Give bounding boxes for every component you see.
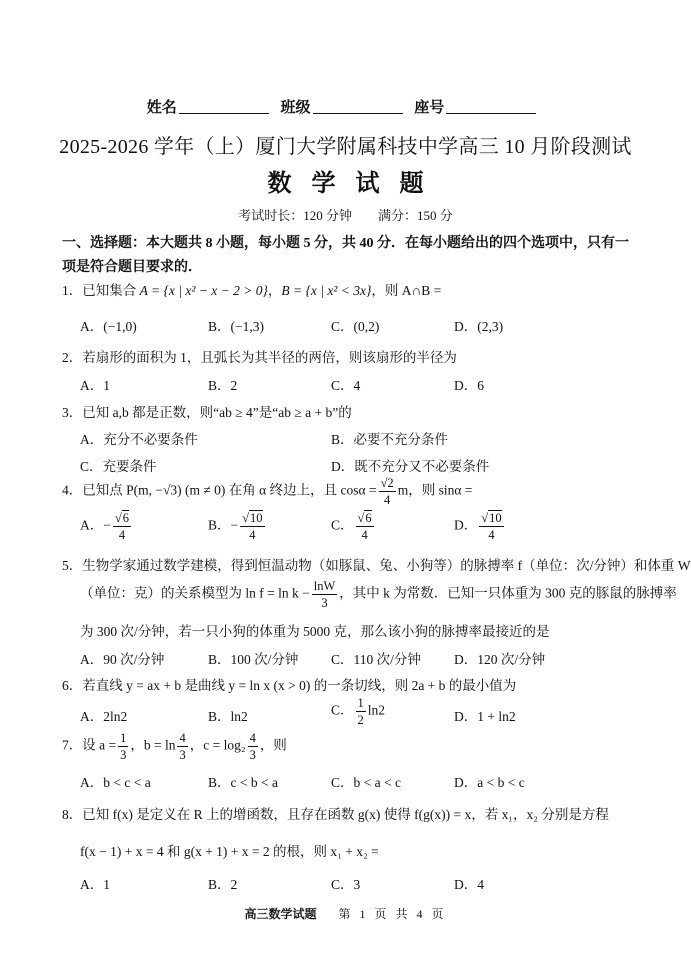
stem-text: （单位：克）的关系模型为 ln f = ln k − xyxy=(80,586,310,601)
question-1-option-d: D．(2,3) xyxy=(454,315,503,335)
stem-text: ，则 xyxy=(260,738,287,753)
question-8-option-c: C．3 xyxy=(331,873,360,893)
question-number: 4． xyxy=(62,483,82,498)
numerator: 1 xyxy=(356,697,366,712)
stem-text: ，则 A∩B = xyxy=(371,283,441,298)
student-info-line: 姓名 班级 座号 xyxy=(0,96,691,117)
name-blank xyxy=(179,99,269,114)
option-text: 1 + ln2 xyxy=(477,709,515,724)
stem-text: ，c = log₂ xyxy=(190,738,246,753)
question-5-option-d: D．120 次/分钟 xyxy=(454,648,545,668)
denominator: 4 xyxy=(379,492,396,507)
question-4-option-c: C．√64 xyxy=(331,512,376,541)
numerator: √10 xyxy=(240,512,264,527)
question-1-option-a: A．(−1,0) xyxy=(80,315,137,335)
fraction: √64 xyxy=(356,512,374,541)
question-5-stem-line2: （单位：克）的关系模型为 ln f = ln k −lnW3，其中 k 为常数．… xyxy=(80,580,677,609)
question-1-option-c: C．(0,2) xyxy=(331,315,379,335)
stem-text: 若扇形的面积为 1，且弧长为其半径的两倍，则该扇形的半径为 xyxy=(82,350,457,365)
denominator: 4 xyxy=(240,527,264,542)
question-3-option-b: B．必要不充分条件 xyxy=(331,428,448,448)
question-5-stem-line1: 5．生物学家通过数学建模，得到恒温动物（如豚鼠、兔、小狗等）的脉搏率 f（单位：… xyxy=(62,554,691,574)
question-number: 7． xyxy=(62,738,82,753)
exam-duration: 考试时长：120 分钟 xyxy=(238,208,352,223)
numerator: lnW xyxy=(312,580,338,595)
numerator: √6 xyxy=(356,512,374,527)
option-label: A． xyxy=(80,709,103,724)
question-7-option-d: D．a < b < c xyxy=(454,771,525,791)
numerator: 4 xyxy=(177,732,187,747)
question-2-option-d: D．6 xyxy=(454,374,484,394)
question-8-stem-line2: f(x − 1) + x = 4 和 g(x + 1) + x = 2 的根，则… xyxy=(80,840,379,860)
question-3-option-c: C．充要条件 xyxy=(80,455,157,475)
radicand: 6 xyxy=(122,510,129,525)
question-7-stem: 7．设 a =13，b = ln43，c = log₂43，则 xyxy=(62,732,287,761)
footer-page-number: 第 1 页 共 4 页 xyxy=(339,907,447,921)
stem-text: 已知集合 xyxy=(82,283,136,298)
question-2-option-b: B．2 xyxy=(208,374,237,394)
stem-text: m，则 sinα = xyxy=(398,483,473,498)
question-4-stem: 4．已知点 P(m, −√3) (m ≠ 0) 在角 α 终边上，且 cosα … xyxy=(62,477,472,506)
question-number: 5． xyxy=(62,558,82,573)
question-8-option-d: D．4 xyxy=(454,873,484,893)
question-5-option-a: A．90 次/分钟 xyxy=(80,648,164,668)
seat-label: 座号 xyxy=(414,100,444,116)
denominator: 2 xyxy=(356,712,366,727)
denominator: 4 xyxy=(113,527,131,542)
fraction: √104 xyxy=(479,512,503,541)
question-2-option-a: A．1 xyxy=(80,374,110,394)
question-4-option-a: A．−√64 xyxy=(80,512,133,541)
question-5-stem-line3: 为 300 次/分钟，若一只小狗的体重为 5000 克，那么该小狗的脉搏率最接近… xyxy=(80,620,550,640)
option-label: D． xyxy=(454,518,477,533)
radicand: 10 xyxy=(488,510,502,525)
option-label: B． xyxy=(208,518,231,533)
option-label: C． xyxy=(331,518,354,533)
question-8-option-b: B．2 xyxy=(208,873,237,893)
seat-blank xyxy=(446,99,536,114)
denominator: 4 xyxy=(356,527,374,542)
numerator: √6 xyxy=(113,512,131,527)
stem-text: ，b = ln xyxy=(130,738,175,753)
fraction-c: 43 xyxy=(248,732,258,761)
denominator: 3 xyxy=(312,595,338,610)
question-6-option-b: B．ln2 xyxy=(208,705,248,725)
exam-info: 考试时长：120 分钟满分：150 分 xyxy=(0,205,691,224)
stem-text: 设 a = xyxy=(82,738,116,753)
question-8-option-a: A．1 xyxy=(80,873,110,893)
stem-text: 生物学家通过数学建模，得到恒温动物（如豚鼠、兔、小狗等）的脉搏率 f（单位：次/… xyxy=(82,558,690,573)
denominator: 3 xyxy=(118,747,128,762)
stem-text: 已知 f(x) 是定义在 R 上的增函数，且存在函数 g(x) 使得 f(g(x… xyxy=(82,807,609,822)
option-label: D． xyxy=(454,709,477,724)
question-5-option-b: B．100 次/分钟 xyxy=(208,648,298,668)
question-6-option-a: A．2ln2 xyxy=(80,705,127,725)
question-1-stem: 1．已知集合 A = {x | x² − x − 2 > 0}，B = {x |… xyxy=(62,279,441,299)
fraction: √64 xyxy=(113,512,131,541)
denominator: 3 xyxy=(177,747,187,762)
denominator: 4 xyxy=(479,527,503,542)
exam-title: 2025-2026 学年（上）厦门大学附属科技中学高三 10 月阶段测试 xyxy=(0,130,691,159)
radicand: 10 xyxy=(249,510,263,525)
fraction: lnW3 xyxy=(312,580,338,609)
stem-text: 若直线 y = ax + b 是曲线 y = ln x (x > 0) 的一条切… xyxy=(82,678,516,693)
question-2-stem: 2．若扇形的面积为 1，且弧长为其半径的两倍，则该扇形的半径为 xyxy=(62,346,457,366)
page-footer: 高三数学试题第 1 页 共 4 页 xyxy=(0,905,691,922)
name-label: 姓名 xyxy=(147,100,177,116)
stem-text: ， xyxy=(268,283,282,298)
stem-text: 已知 a,b 都是正数，则“ab ≥ 4”是“ab ≥ a + b”的 xyxy=(82,405,352,420)
sign: − xyxy=(103,518,111,533)
fraction-b: 43 xyxy=(177,732,187,761)
stem-text: 已知点 P(m, −√3) (m ≠ 0) 在角 α 终边上，且 cosα = xyxy=(82,483,376,498)
stem-text: ，其中 k 为常数．已知一只体重为 300 克的豚鼠的脉搏率 xyxy=(339,586,677,601)
numerator: 1 xyxy=(118,732,128,747)
fraction: 12 xyxy=(356,697,366,726)
option-text: 2ln2 xyxy=(103,709,127,724)
numerator: 4 xyxy=(248,732,258,747)
question-number: 8． xyxy=(62,807,82,822)
question-5-option-c: C．110 次/分钟 xyxy=(331,648,421,668)
fraction: √24 xyxy=(379,477,396,506)
question-number: 1． xyxy=(62,283,82,298)
set-b: B = {x | x² < 3x} xyxy=(281,283,371,298)
question-1-option-b: B．(−1,3) xyxy=(208,315,264,335)
question-4-option-d: D．√104 xyxy=(454,512,506,541)
option-label: B． xyxy=(208,709,231,724)
section-heading: 一、选择题：本大题共 8 小题，每小题 5 分，共 40 分．在每小题给出的四个… xyxy=(62,232,634,280)
denominator: 3 xyxy=(248,747,258,762)
class-blank xyxy=(313,99,403,114)
exam-full-score: 满分：150 分 xyxy=(378,208,453,223)
question-2-option-c: C．4 xyxy=(331,374,360,394)
option-label: C． xyxy=(331,703,354,718)
question-3-stem: 3．已知 a,b 都是正数，则“ab ≥ 4”是“ab ≥ a + b”的 xyxy=(62,401,352,421)
question-7-option-c: C．b < a < c xyxy=(331,771,401,791)
option-label: A． xyxy=(80,518,103,533)
subject-title: 数学试题 xyxy=(0,163,691,198)
question-3-option-d: D．既不充分又不必要条件 xyxy=(331,455,489,475)
question-3-option-a: A．充分不必要条件 xyxy=(80,428,198,448)
set-a: A = {x | x² − x − 2 > 0} xyxy=(140,283,268,298)
question-number: 2． xyxy=(62,350,82,365)
option-text: ln2 xyxy=(231,709,248,724)
numerator: √2 xyxy=(379,477,396,492)
question-number: 6． xyxy=(62,678,82,693)
question-8-stem-line1: 8．已知 f(x) 是定义在 R 上的增函数，且存在函数 g(x) 使得 f(g… xyxy=(62,803,609,823)
fraction-a: 13 xyxy=(118,732,128,761)
question-7-option-b: B．c < b < a xyxy=(208,771,278,791)
numerator: √10 xyxy=(479,512,503,527)
footer-subject: 高三数学试题 xyxy=(244,907,316,921)
question-6-option-c: C．12ln2 xyxy=(331,697,385,726)
sign: − xyxy=(231,518,239,533)
option-text: ln2 xyxy=(368,703,385,718)
fraction: √104 xyxy=(240,512,264,541)
question-4-option-b: B．−√104 xyxy=(208,512,267,541)
question-6-option-d: D．1 + ln2 xyxy=(454,705,516,725)
class-label: 班级 xyxy=(280,100,310,116)
radicand: 6 xyxy=(364,510,371,525)
question-6-stem: 6．若直线 y = ax + b 是曲线 y = ln x (x > 0) 的一… xyxy=(62,674,516,694)
question-7-option-a: A．b < c < a xyxy=(80,771,151,791)
question-number: 3． xyxy=(62,405,82,420)
